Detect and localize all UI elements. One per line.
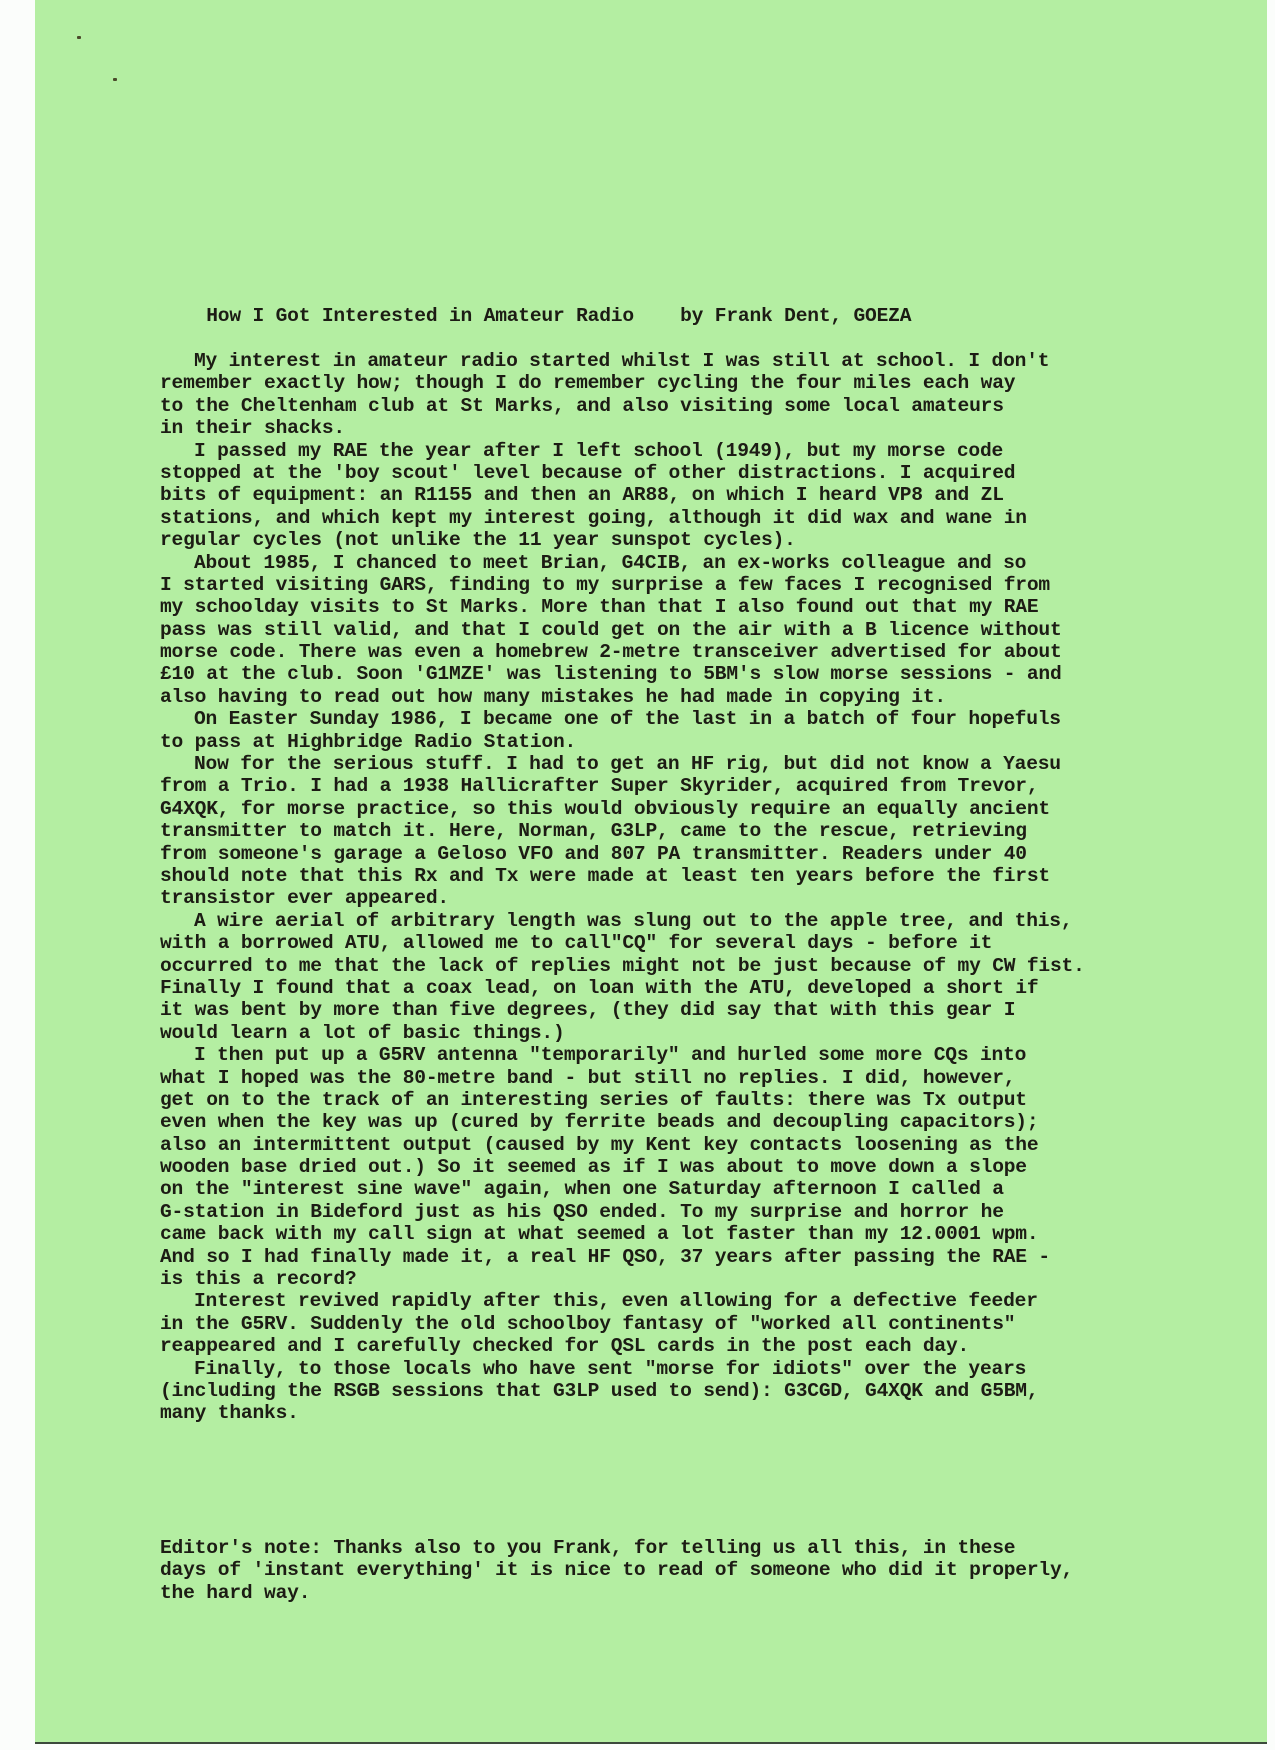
article: How I Got Interested in Amateur Radio by… — [160, 238, 1170, 1626]
article-line: get on to the track of an interesting se… — [160, 1089, 1170, 1111]
article-line: from a Trio. I had a 1938 Hallicrafter S… — [160, 775, 1170, 797]
article-line: Now for the serious stuff. I had to get … — [160, 753, 1170, 775]
paper-speck — [113, 78, 117, 81]
article-line: wooden base dried out.) So it seemed as … — [160, 1156, 1170, 1178]
article-line: About 1985, I chanced to meet Brian, G4C… — [160, 552, 1170, 574]
article-body: My interest in amateur radio started whi… — [160, 350, 1170, 1425]
article-line: with a borrowed ATU, allowed me to call"… — [160, 932, 1170, 954]
article-line: Interest revived rapidly after this, eve… — [160, 1290, 1170, 1312]
article-heading: How I Got Interested in Amateur Radio by… — [160, 283, 1170, 305]
editors-note-line: days of 'instant everything' it is nice … — [160, 1559, 1170, 1581]
article-line: my schoolday visits to St Marks. More th… — [160, 596, 1170, 618]
article-line: My interest in amateur radio started whi… — [160, 350, 1170, 372]
article-line: transmitter to match it. Here, Norman, G… — [160, 820, 1170, 842]
spacer — [160, 1470, 1170, 1492]
editors-note-line: the hard way. — [160, 1582, 1170, 1604]
article-line: in the G5RV. Suddenly the old schoolboy … — [160, 1313, 1170, 1335]
article-line: also having to read out how many mistake… — [160, 686, 1170, 708]
article-line: G-station in Bideford just as his QSO en… — [160, 1201, 1170, 1223]
article-line: I started visiting GARS, finding to my s… — [160, 574, 1170, 596]
article-line: in their shacks. — [160, 417, 1170, 439]
article-line: is this a record? — [160, 1268, 1170, 1290]
article-line: what I hoped was the 80-metre band - but… — [160, 1067, 1170, 1089]
article-line: I passed my RAE the year after I left sc… — [160, 440, 1170, 462]
article-line: it was bent by more than five degrees, (… — [160, 999, 1170, 1021]
article-line: A wire aerial of arbitrary length was sl… — [160, 910, 1170, 932]
article-line: stopped at the 'boy scout' level because… — [160, 462, 1170, 484]
article-line: regular cycles (not unlike the 11 year s… — [160, 529, 1170, 551]
article-line: pass was still valid, and that I could g… — [160, 619, 1170, 641]
article-line: on the "interest sine wave" again, when … — [160, 1178, 1170, 1200]
article-line: bits of equipment: an R1155 and then an … — [160, 484, 1170, 506]
paper-speck — [77, 36, 81, 39]
article-line: to pass at Highbridge Radio Station. — [160, 731, 1170, 753]
editors-note: Editor's note: Thanks also to you Frank,… — [160, 1537, 1170, 1604]
article-line: G4XQK, for morse practice, so this would… — [160, 798, 1170, 820]
article-line: Finally, to those locals who have sent "… — [160, 1358, 1170, 1380]
article-line: (including the RSGB sessions that G3LP u… — [160, 1380, 1170, 1402]
article-line: to the Cheltenham club at St Marks, and … — [160, 395, 1170, 417]
article-line: stations, and which kept my interest goi… — [160, 507, 1170, 529]
article-line: reappeared and I carefully checked for Q… — [160, 1335, 1170, 1357]
article-line: also an intermittent output (caused by m… — [160, 1134, 1170, 1156]
article-line: Finally I found that a coax lead, on loa… — [160, 977, 1170, 999]
article-line: should note that this Rx and Tx were mad… — [160, 865, 1170, 887]
article-line: I then put up a G5RV antenna "temporaril… — [160, 1044, 1170, 1066]
article-line: even when the key was up (cured by ferri… — [160, 1111, 1170, 1133]
article-line: occurred to me that the lack of replies … — [160, 955, 1170, 977]
article-line: many thanks. — [160, 1402, 1170, 1424]
article-line: would learn a lot of basic things.) — [160, 1022, 1170, 1044]
article-line: remember exactly how; though I do rememb… — [160, 372, 1170, 394]
article-line: came back with my call sign at what seem… — [160, 1223, 1170, 1245]
article-line: from someone's garage a Geloso VFO and 8… — [160, 843, 1170, 865]
article-line: And so I had finally made it, a real HF … — [160, 1246, 1170, 1268]
article-line: On Easter Sunday 1986, I became one of t… — [160, 708, 1170, 730]
editors-note-line: Editor's note: Thanks also to you Frank,… — [160, 1537, 1170, 1559]
article-byline: by Frank Dent, GOEZA — [680, 305, 911, 327]
article-line: transistor ever appeared. — [160, 887, 1170, 909]
article-title: How I Got Interested in Amateur Radio — [206, 305, 634, 327]
article-line: £10 at the club. Soon 'G1MZE' was listen… — [160, 663, 1170, 685]
article-line: morse code. There was even a homebrew 2-… — [160, 641, 1170, 663]
